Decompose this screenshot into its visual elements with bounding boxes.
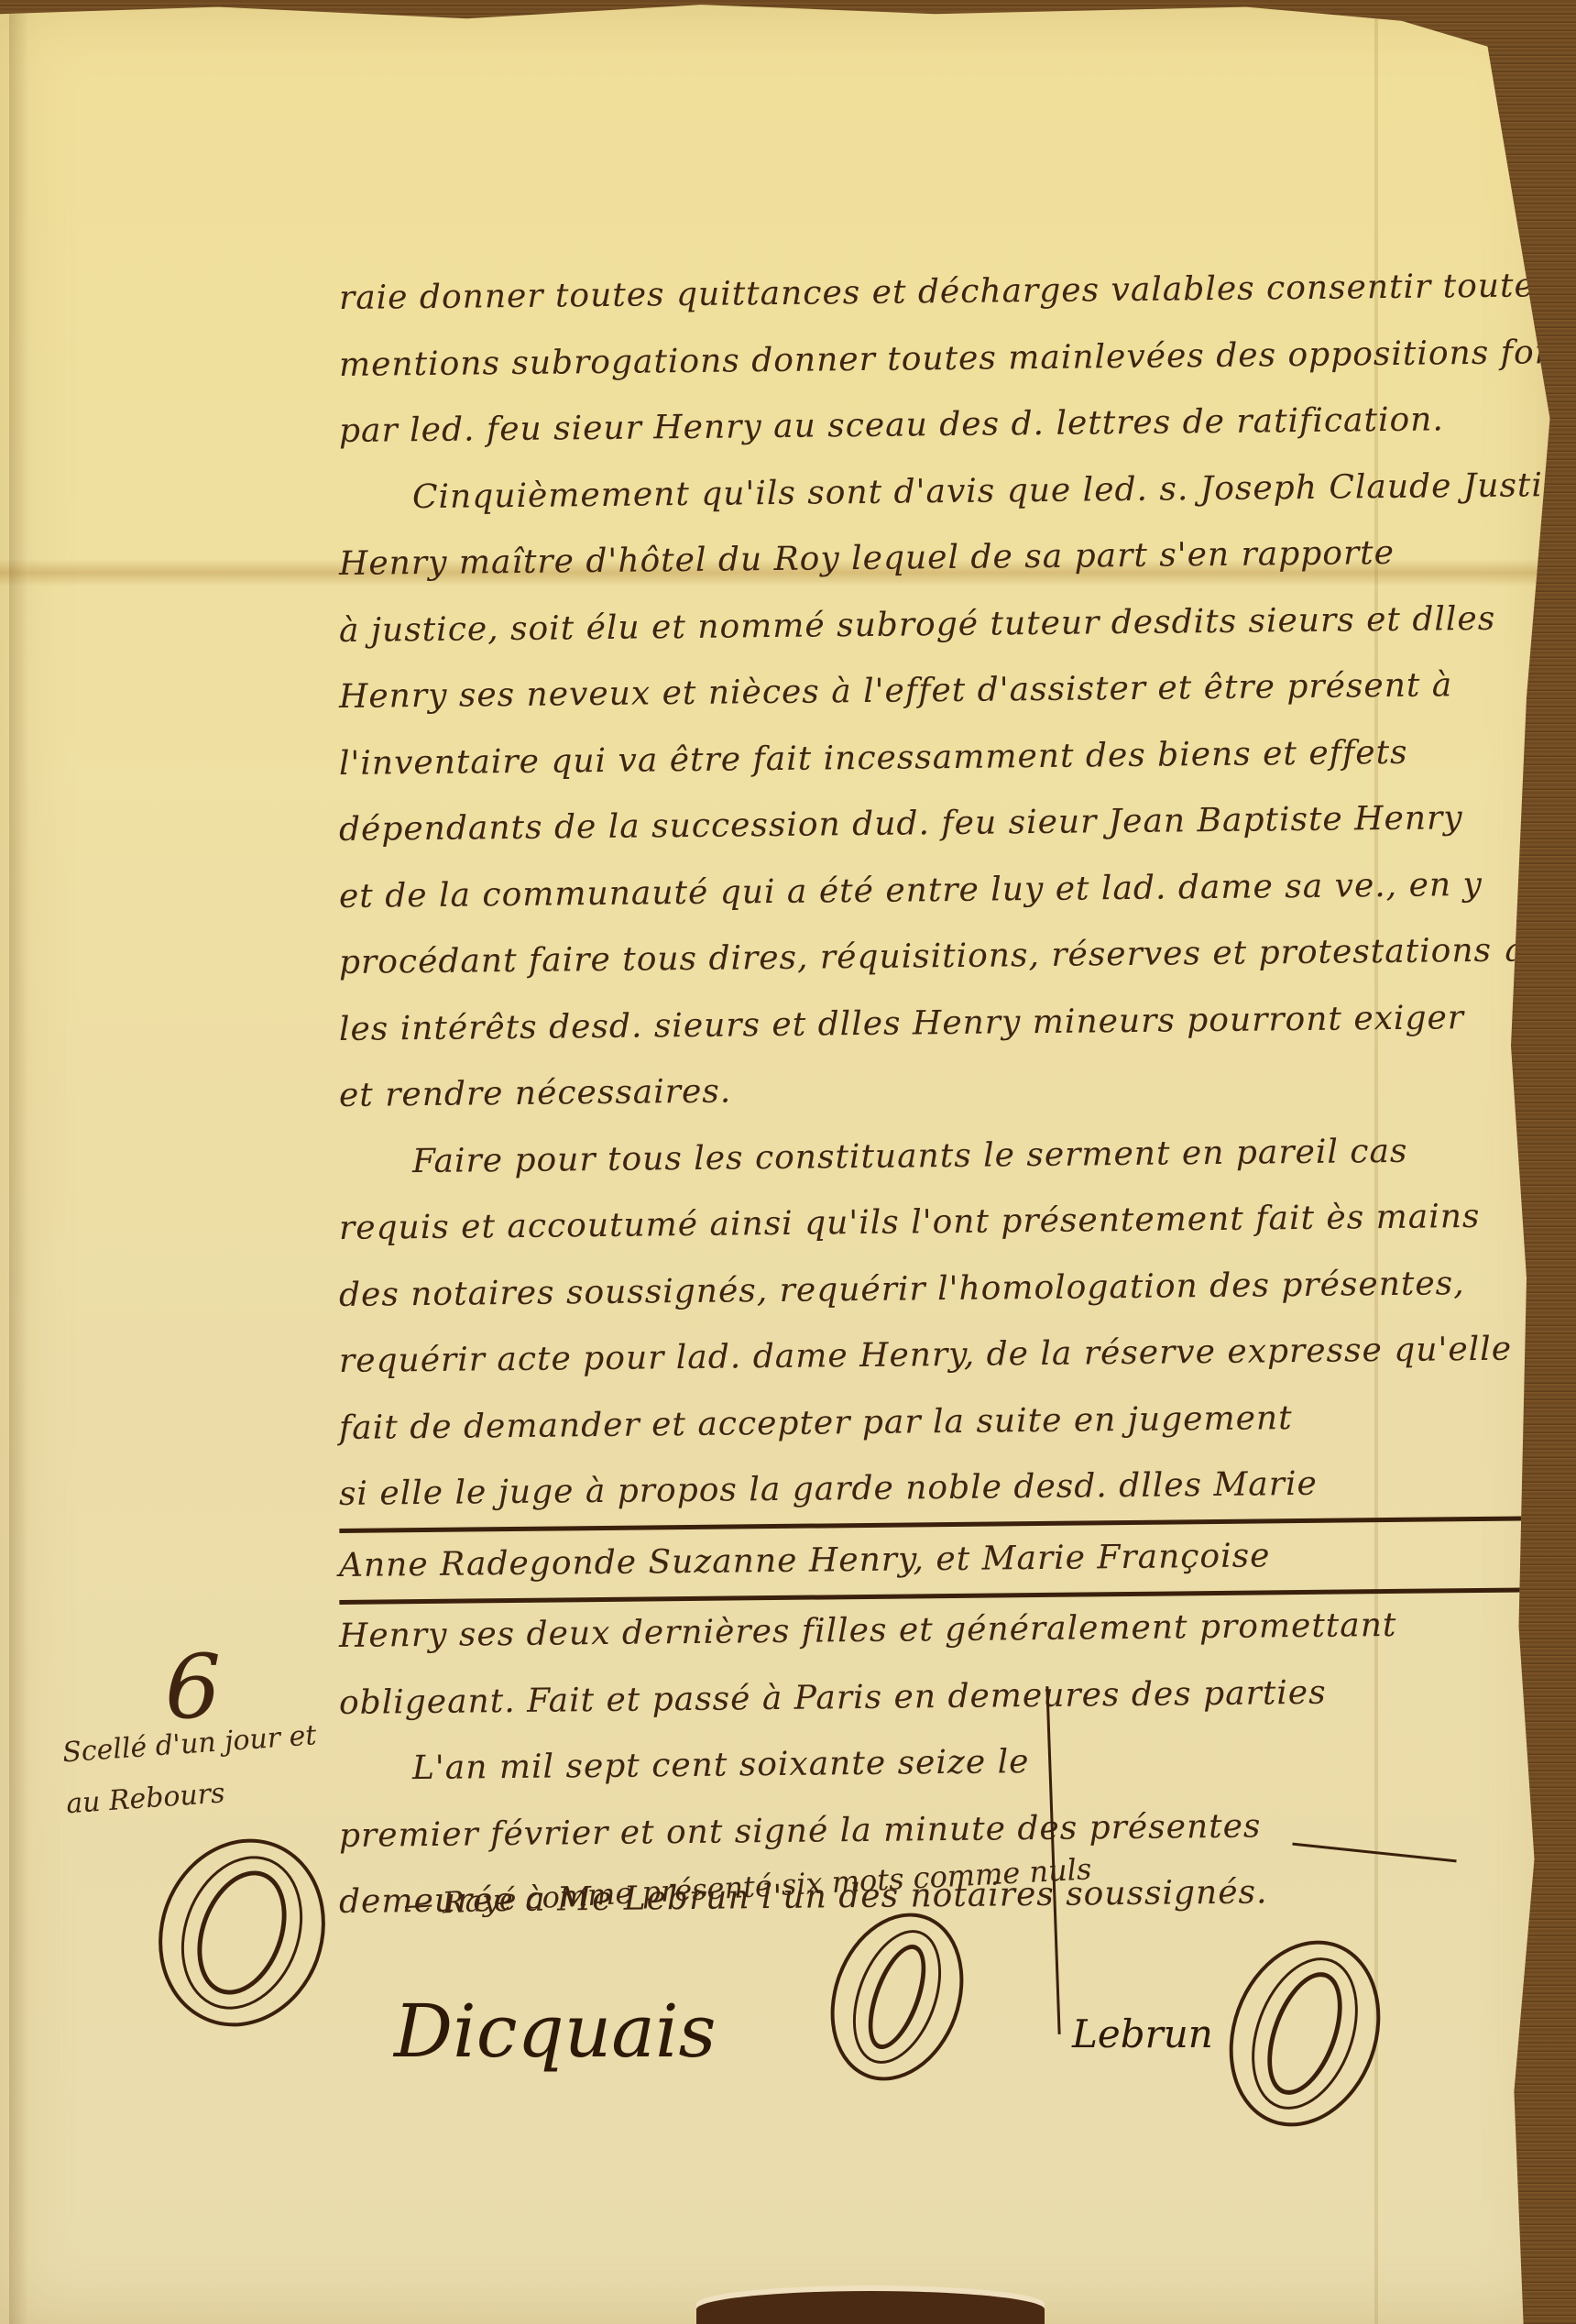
text-line-with-strikethrough: fait de demander et accepter par la suit… <box>339 1383 1531 1462</box>
torn-paper-edge <box>696 2291 1045 2324</box>
paragraph-start-line: Cinquièmement qu'ils sont d'avis que led… <box>339 453 1531 532</box>
signature-dicquais: Dicquais <box>394 1989 717 2074</box>
text-line: obligeant. Fait et passé à Paris en deme… <box>339 1658 1531 1737</box>
text-line: Henry ses neveux et nièces à l'effet d'a… <box>339 652 1531 730</box>
text-line: par led. feu sieur Henry au sceau des d.… <box>339 386 1531 465</box>
paragraph-start-line: Faire pour tous les constituants le serm… <box>339 1117 1531 1196</box>
underlined-name-line: si elle le juge à propos la garde noble … <box>339 1449 1531 1532</box>
text-line: procédant faire tous dires, réquisitions… <box>339 917 1531 996</box>
underlined-name-line: Anne Radegonde Suzanne Henry, et Marie F… <box>339 1520 1531 1604</box>
signature-lebrun: Lebrun <box>1072 2012 1213 2056</box>
text-line: des notaires soussignés, requérir l'homo… <box>339 1250 1531 1329</box>
margin-note: Scellé d'un jour et au Rebours <box>60 1709 342 1831</box>
left-binding-edge <box>9 0 29 2324</box>
manuscript-page: raie donner toutes quittances et décharg… <box>0 0 1558 2324</box>
text-line: à justice, soit élu et nommé subrogé tut… <box>339 586 1531 664</box>
text-line: Henry ses deux dernières filles et génér… <box>339 1591 1531 1670</box>
text-line: raie donner toutes quittances et décharg… <box>339 253 1531 332</box>
text-line: premier février et ont signé la minute d… <box>339 1791 1531 1869</box>
text-line: les intérêts desd. sieurs et dlles Henry… <box>339 984 1531 1063</box>
text-line: mentions subrogations donner toutes main… <box>339 320 1531 399</box>
text-line: requérir acte pour lad. dame Henry, de l… <box>339 1316 1531 1395</box>
text-line: et rendre nécessaires. <box>339 1050 1531 1129</box>
text-line: l'inventaire qui va être fait incessamme… <box>339 718 1531 797</box>
paraph-icon <box>133 1815 351 2050</box>
text-line: et de la communauté qui a été entre luy … <box>339 851 1531 930</box>
manuscript-body: raie donner toutes quittances et décharg… <box>339 266 1530 1936</box>
text-line: requis et accoutumé ainsi qu'ils l'ont p… <box>339 1183 1531 1262</box>
text-line: Henry maître d'hôtel du Roy lequel de sa… <box>339 519 1531 597</box>
date-line: L'an mil sept cent soixante seize le <box>339 1724 1531 1803</box>
text-line: dépendants de la succession dud. feu sie… <box>339 784 1531 863</box>
